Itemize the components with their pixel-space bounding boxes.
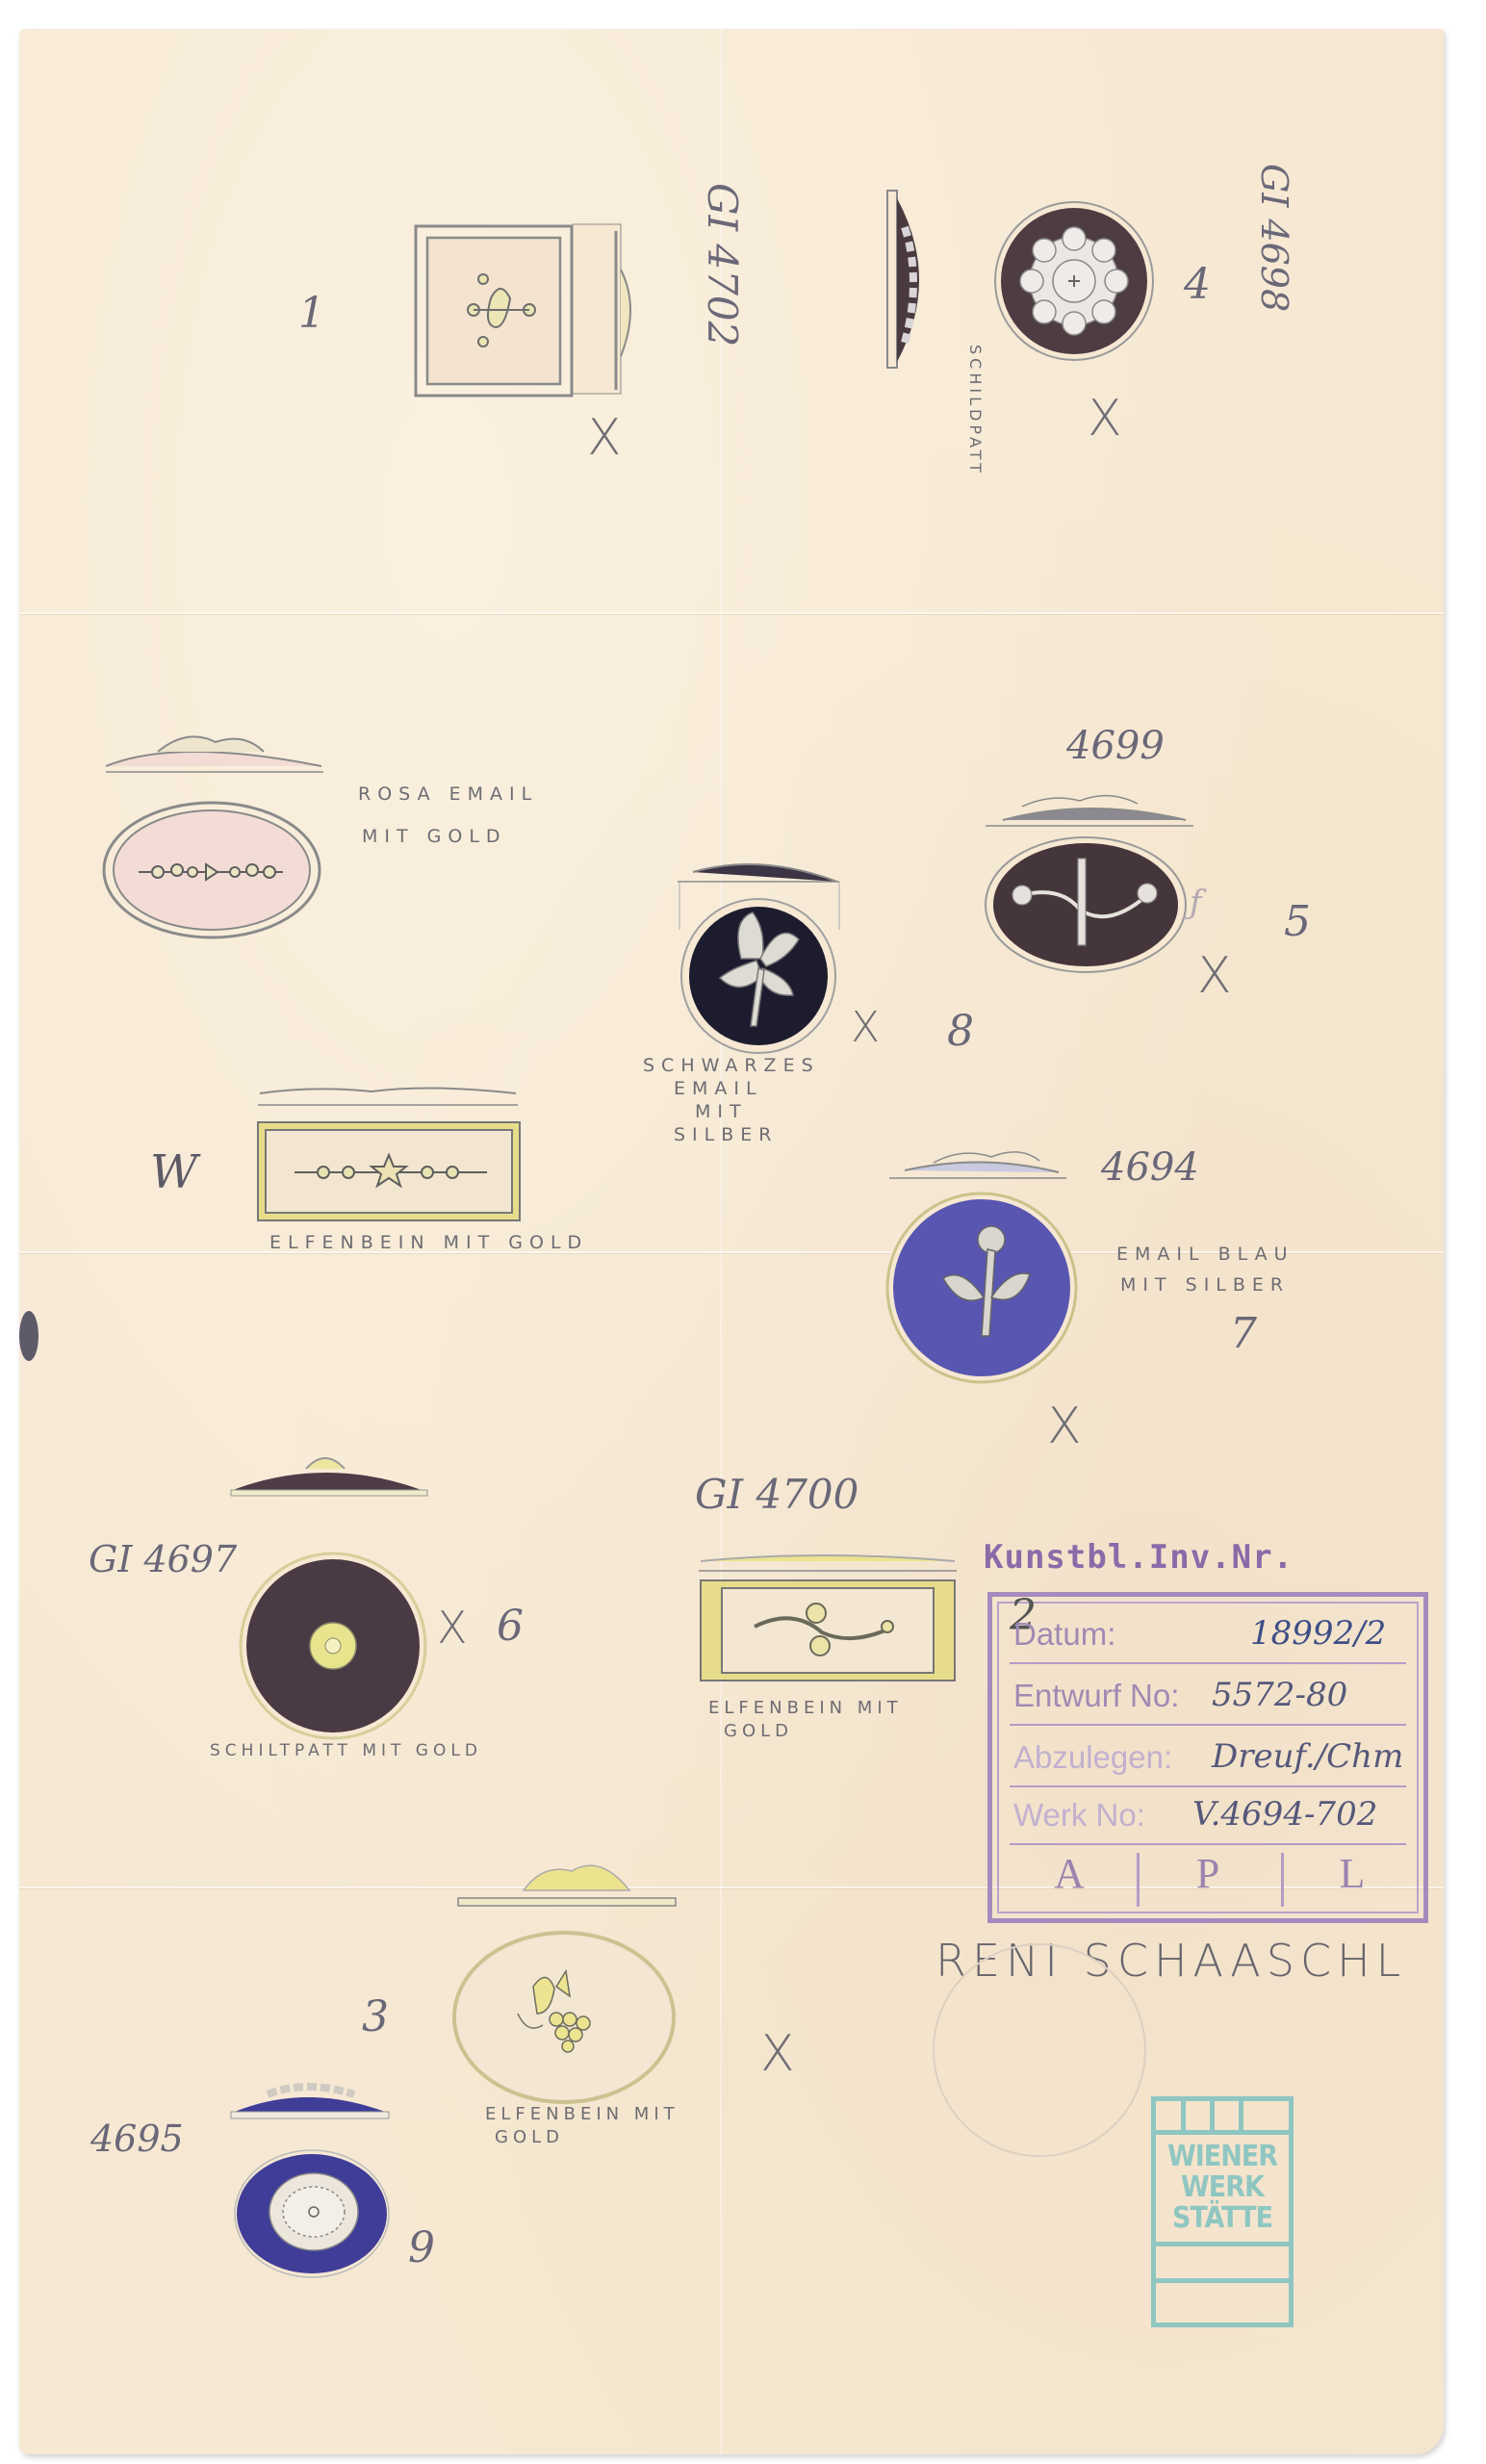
material-note: MIT SILBER	[1120, 1272, 1290, 1297]
design-number: 3	[362, 1992, 389, 2041]
inventory-number: GI 4700	[695, 1471, 858, 1518]
material-note: EMAIL	[674, 1076, 763, 1101]
stamp-line: WIENER	[1160, 2142, 1285, 2172]
stamp-line: STÄTTE	[1160, 2203, 1285, 2234]
inventory-number: 4694	[1101, 1145, 1199, 1190]
ink-blot	[15, 1309, 44, 1367]
material-note: GOLD	[724, 1719, 793, 1744]
material-note: ROSA EMAIL	[358, 782, 538, 807]
design-number: 9	[408, 2223, 435, 2272]
rectangular-brooch-drawing	[697, 1540, 966, 1684]
square-brooch-drawing	[414, 221, 683, 414]
design-number: 8	[947, 1007, 974, 1056]
round-brooch-drawing	[885, 1143, 1088, 1384]
round-brooch-drawing	[993, 200, 1157, 364]
side-view-drawing	[229, 2073, 393, 2121]
stamp-value: Dreuf./Chm	[1212, 1737, 1403, 1776]
oval-brooch-drawing	[100, 728, 331, 939]
oval-brooch-drawing	[450, 1929, 681, 2112]
inventory-number: GI 4702	[699, 183, 746, 346]
design-number: 6	[497, 1602, 524, 1651]
design-number: 7	[1230, 1309, 1257, 1358]
faint-scribble: ƒ	[1190, 884, 1202, 922]
design-number: 5	[1284, 897, 1311, 946]
stamp-row-work-no: Werk No: V.4694-702	[1010, 1789, 1406, 1845]
material-note: SCHILDPATT	[962, 345, 987, 476]
stamp-text: WIENER WERK STÄTTE	[1160, 2142, 1285, 2234]
design-number: 1	[298, 289, 325, 338]
round-brooch-drawing	[674, 853, 847, 1055]
design-number: 4	[1184, 260, 1211, 309]
approval-mark: X	[851, 1003, 880, 1052]
wiener-werkstaette-stamp: WIENER WERK STÄTTE	[1151, 2096, 1294, 2327]
material-note: GOLD	[495, 2125, 564, 2150]
stamp-label: Werk No:	[1013, 1797, 1145, 1834]
oval-brooch-drawing	[233, 2146, 397, 2281]
material-note: MIT	[695, 1099, 748, 1124]
inventory-number: GI 4698	[1253, 164, 1295, 312]
approval-mark: X	[1088, 390, 1122, 448]
side-view-drawing	[456, 1844, 687, 1912]
material-note: SCHWARZES	[643, 1053, 820, 1078]
stamp-label: Abzulegen:	[1013, 1739, 1172, 1776]
approval-mark: X	[1197, 947, 1232, 1005]
stamp-row-design-no: Entwurf No: 5572-80	[1010, 1670, 1406, 1726]
material-note: SCHILTPATT MIT GOLD	[210, 1738, 482, 1763]
stamp-bars	[1156, 2101, 1289, 2135]
stamp-line: WERK	[1160, 2172, 1285, 2203]
inventory-number: 4699	[1066, 724, 1165, 768]
stamp-row-date: Datum: 18992/2	[1010, 1608, 1406, 1664]
inventory-number: GI 4697	[89, 1538, 237, 1580]
stamp-label: Entwurf No:	[1013, 1678, 1179, 1714]
monogram: W	[150, 1145, 197, 1199]
rectangular-brooch-drawing	[256, 1078, 535, 1222]
stamp-value: V.4694-702	[1192, 1795, 1377, 1834]
material-note: ELFENBEIN MIT	[485, 2102, 679, 2127]
stamp-cell: P	[1150, 1849, 1266, 1905]
stamp-value: 18992/2	[1250, 1614, 1386, 1653]
side-view-drawing	[884, 189, 951, 372]
material-note: EMAIL BLAU	[1116, 1242, 1294, 1267]
faint-circle-sketch	[943, 1983, 1174, 2175]
fold-line	[19, 612, 1444, 614]
stamp-value: 5572-80	[1212, 1676, 1347, 1714]
stamp-row-filed: Abzulegen: Dreuf./Chm	[1010, 1732, 1406, 1787]
designer-signature: RENI SCHAASCHL	[935, 1935, 1406, 1987]
fold-line	[720, 29, 722, 2454]
approval-mark: X	[587, 409, 622, 467]
material-note: ELFENBEIN MIT GOLD	[269, 1230, 588, 1255]
stamp-cell: A	[1012, 1849, 1127, 1905]
round-brooch-drawing	[237, 1550, 429, 1742]
inventory-stamp: 2 Datum: 18992/2 Entwurf No: 5572-80 Abz…	[987, 1592, 1428, 1923]
inventory-number: 4695	[90, 2117, 184, 2160]
approval-mark: X	[760, 2025, 795, 2083]
material-note: SILBER	[674, 1122, 779, 1147]
approval-mark: X	[437, 1602, 468, 1654]
side-view-drawing	[229, 1442, 431, 1500]
material-note: MIT GOLD	[362, 824, 507, 849]
stamp-label: Datum:	[1013, 1616, 1115, 1653]
inventory-stamp-title: Kunstbl.Inv.Nr.	[984, 1538, 1294, 1577]
oval-brooch-drawing	[984, 789, 1205, 972]
stamp-cell: L	[1294, 1849, 1410, 1905]
approval-mark: X	[1047, 1398, 1082, 1455]
material-note: ELFENBEIN MIT	[708, 1696, 903, 1721]
